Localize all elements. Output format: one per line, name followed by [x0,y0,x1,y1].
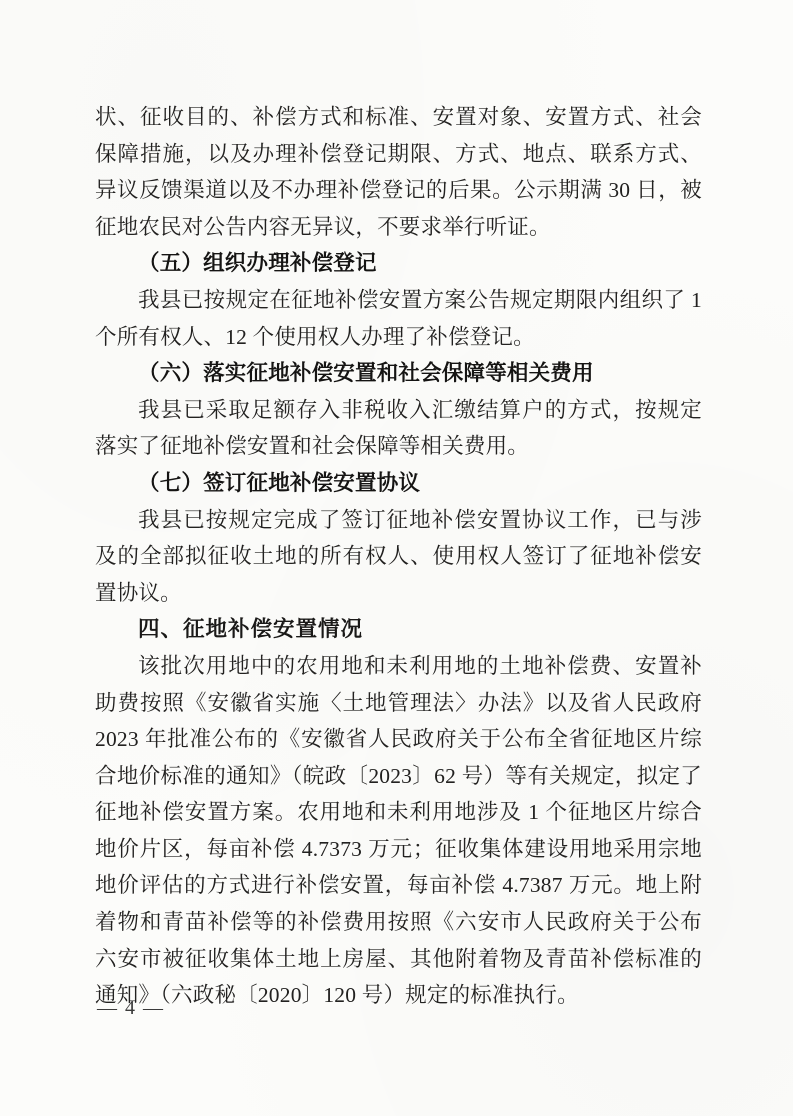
document-body: 状、征收目的、补偿方式和标准、安置对象、安置方式、社会保障措施，以及办理补偿登记… [95,99,702,1014]
heading-section-5: （五）组织办理补偿登记 [95,245,702,282]
paragraph-hearing-notice: 状、征收目的、补偿方式和标准、安置对象、安置方式、社会保障措施，以及办理补偿登记… [95,99,702,245]
heading-section-7: （七）签订征地补偿安置协议 [95,465,702,502]
paragraph-agreements: 我县已按规定完成了签订征地补偿安置协议工作，已与涉及的全部拟征收土地的所有权人、… [95,502,702,612]
paragraph-funds: 我县已采取足额存入非税收入汇缴结算户的方式，按规定落实了征地补偿安置和社会保障等… [95,392,702,465]
heading-section-4-main: 四、征地补偿安置情况 [95,611,702,648]
page-number: — 4 — [97,997,165,1020]
paragraph-registration: 我县已按规定在征地补偿安置方案公告规定期限内组织了 1 个所有权人、12 个使用… [95,282,702,355]
paragraph-compensation-details: 该批次用地中的农用地和未利用地的土地补偿费、安置补助费按照《安徽省实施〈土地管理… [95,648,702,1014]
scanned-document-page: 状、征收目的、补偿方式和标准、安置对象、安置方式、社会保障措施，以及办理补偿登记… [0,0,793,1116]
heading-section-6: （六）落实征地补偿安置和社会保障等相关费用 [95,355,702,392]
